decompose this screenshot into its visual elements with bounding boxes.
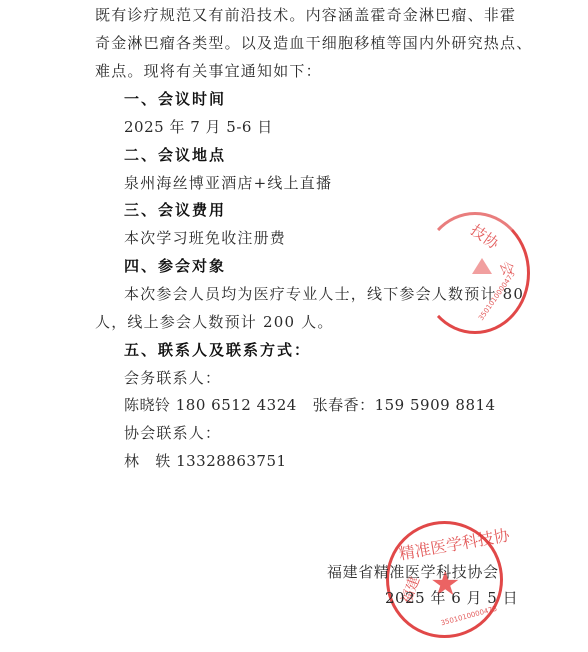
contact-label-association: 协会联系人： bbox=[124, 423, 221, 443]
seal-partial-star-icon bbox=[472, 258, 492, 274]
contact-affairs-phones: 陈晓铃 180 6512 4324 张春香：159 5909 8814 bbox=[124, 395, 496, 415]
intro-line: 奇金淋巴瘤各类型。以及造血干细胞移植等国内外研究热点、 bbox=[95, 33, 532, 53]
intro-line: 既有诊疗规范又有前沿技术。内容涵盖霍奇金淋巴瘤、非霍 bbox=[95, 5, 516, 25]
section-heading-time: 一、会议时间 bbox=[124, 89, 226, 109]
signature-date: 2025 年 6 月 5 日 bbox=[385, 588, 518, 608]
meeting-location: 泉州海丝博亚酒店+线上直播 bbox=[124, 173, 332, 193]
meeting-fee: 本次学习班免收注册费 bbox=[124, 228, 286, 248]
section-heading-audience: 四、参会对象 bbox=[124, 256, 226, 276]
section-heading-location: 二、会议地点 bbox=[124, 145, 226, 165]
contact-association-phone: 林 轶 13328863751 bbox=[124, 451, 287, 471]
audience-line: 人，线上参会人数预计 200 人。 bbox=[95, 312, 334, 332]
section-heading-fee: 三、会议费用 bbox=[124, 200, 226, 220]
intro-line: 难点。现将有关事宜通知如下： bbox=[95, 61, 322, 81]
audience-line: 本次参会人员均为医疗专业人士，线下参会人数预计 80 bbox=[124, 284, 524, 304]
section-heading-contacts: 五、联系人及联系方式： bbox=[124, 340, 311, 360]
signature-org: 福建省精准医学科技协会 bbox=[327, 562, 499, 582]
contact-label-affairs: 会务联系人： bbox=[124, 368, 221, 388]
meeting-date: 2025 年 7 月 5-6 日 bbox=[124, 117, 273, 137]
